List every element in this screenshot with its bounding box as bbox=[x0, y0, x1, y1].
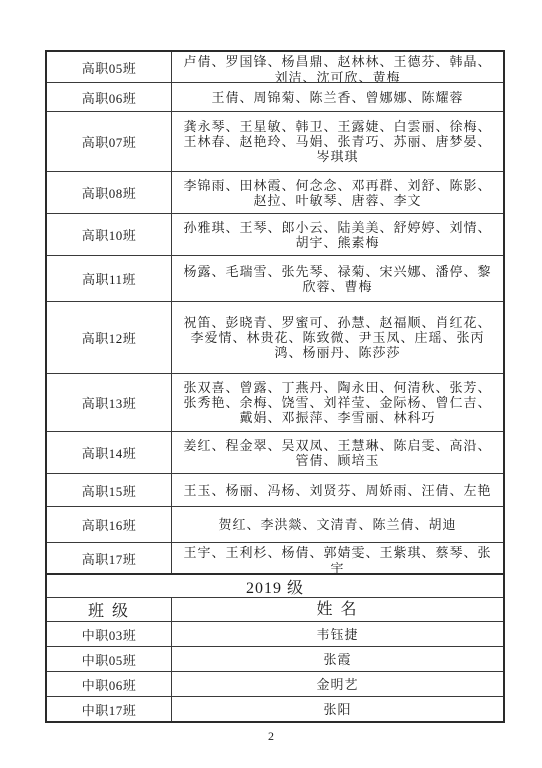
names-cell: 姜红、程金翠、吴双凤、王慧琳、陈启雯、高沿、管倩、顾培玉 bbox=[172, 432, 503, 473]
names-cell: 杨露、毛瑞雪、张先琴、禄菊、宋兴娜、潘停、黎欣蓉、曹梅 bbox=[172, 256, 503, 301]
class-cell: 高职07班 bbox=[47, 112, 172, 171]
names-cell: 张双喜、曾露、丁燕丹、陶永田、何清秋、张芳、张秀艳、余梅、饶雪、刘祥莹、金际杨、… bbox=[172, 374, 503, 431]
table-row: 高职14班 姜红、程金翠、吴双凤、王慧琳、陈启雯、高沿、管倩、顾培玉 bbox=[47, 431, 503, 473]
student-roster-table: 高职05班 卢倩、罗国锋、杨昌鼎、赵林林、王德芬、韩晶、刘洁、沈可欣、黄梅 高职… bbox=[45, 50, 505, 723]
names-cell: 祝笛、彭晓青、罗蜜可、孙慧、赵福顺、肖红花、李爱情、林贵花、陈致微、尹玉凤、庄瑶… bbox=[172, 302, 503, 373]
names-cell: 王倩、周锦菊、陈兰香、曾娜娜、陈耀蓉 bbox=[172, 83, 503, 111]
class-cell: 高职11班 bbox=[47, 256, 172, 301]
table-row: 高职12班 祝笛、彭晓青、罗蜜可、孙慧、赵福顺、肖红花、李爱情、林贵花、陈致微、… bbox=[47, 301, 503, 373]
table-row: 中职03班 韦钰捷 bbox=[47, 621, 503, 646]
table-row: 高职10班 孙雅琪、王琴、郎小云、陆美美、舒婷婷、刘情、胡宇、熊素梅 bbox=[47, 213, 503, 255]
column-header-class: 班 级 bbox=[47, 598, 172, 621]
table-row: 高职06班 王倩、周锦菊、陈兰香、曾娜娜、陈耀蓉 bbox=[47, 82, 503, 111]
names-cell: 王玉、杨丽、冯杨、刘贤芬、周娇雨、汪倩、左艳 bbox=[172, 474, 503, 506]
class-cell: 高职06班 bbox=[47, 83, 172, 111]
class-cell: 中职03班 bbox=[47, 622, 172, 646]
column-header-name: 姓 名 bbox=[172, 598, 503, 621]
grade-2019-title-row: 2019 级 bbox=[47, 573, 503, 597]
table-row: 高职08班 李锦雨、田林霞、何念念、邓再群、刘舒、陈影、赵拉、叶敏琴、唐蓉、李文 bbox=[47, 171, 503, 213]
table-row: 高职13班 张双喜、曾露、丁燕丹、陶永田、何清秋、张芳、张秀艳、余梅、饶雪、刘祥… bbox=[47, 373, 503, 431]
table-row: 中职05班 张霞 bbox=[47, 646, 503, 671]
names-cell: 龚永琴、王星敏、韩卫、王露婕、白雲丽、徐梅、王林春、赵艳玲、马娟、张青巧、苏丽、… bbox=[172, 112, 503, 171]
class-cell: 高职14班 bbox=[47, 432, 172, 473]
class-cell: 高职10班 bbox=[47, 214, 172, 255]
table-row: 高职17班 王宇、王利杉、杨倩、郭婧雯、王紫琪、蔡琴、张宇 bbox=[47, 542, 503, 573]
names-cell: 金明艺 bbox=[172, 672, 503, 696]
table-row: 高职11班 杨露、毛瑞雪、张先琴、禄菊、宋兴娜、潘停、黎欣蓉、曹梅 bbox=[47, 255, 503, 301]
table-row: 高职15班 王玉、杨丽、冯杨、刘贤芬、周娇雨、汪倩、左艳 bbox=[47, 473, 503, 506]
names-cell: 王宇、王利杉、杨倩、郭婧雯、王紫琪、蔡琴、张宇 bbox=[172, 543, 503, 573]
names-cell: 贺红、李洪燚、文清青、陈兰倩、胡迪 bbox=[172, 507, 503, 542]
table-row: 中职17班 张阳 bbox=[47, 696, 503, 721]
names-cell: 张阳 bbox=[172, 697, 503, 721]
table-row: 中职06班 金明艺 bbox=[47, 671, 503, 696]
class-cell: 中职05班 bbox=[47, 647, 172, 671]
names-cell: 卢倩、罗国锋、杨昌鼎、赵林林、王德芬、韩晶、刘洁、沈可欣、黄梅 bbox=[172, 52, 503, 82]
class-cell: 高职13班 bbox=[47, 374, 172, 431]
table-row: 高职16班 贺红、李洪燚、文清青、陈兰倩、胡迪 bbox=[47, 506, 503, 542]
column-header-row: 班 级 姓 名 bbox=[47, 597, 503, 621]
class-cell: 高职17班 bbox=[47, 543, 172, 573]
class-cell: 高职15班 bbox=[47, 474, 172, 506]
class-cell: 中职06班 bbox=[47, 672, 172, 696]
class-cell: 高职12班 bbox=[47, 302, 172, 373]
class-cell: 高职16班 bbox=[47, 507, 172, 542]
table-row: 高职07班 龚永琴、王星敏、韩卫、王露婕、白雲丽、徐梅、王林春、赵艳玲、马娟、张… bbox=[47, 111, 503, 171]
names-cell: 韦钰捷 bbox=[172, 622, 503, 646]
names-cell: 李锦雨、田林霞、何念念、邓再群、刘舒、陈影、赵拉、叶敏琴、唐蓉、李文 bbox=[172, 172, 503, 213]
class-cell: 高职05班 bbox=[47, 52, 172, 82]
names-cell: 孙雅琪、王琴、郎小云、陆美美、舒婷婷、刘情、胡宇、熊素梅 bbox=[172, 214, 503, 255]
class-cell: 高职08班 bbox=[47, 172, 172, 213]
page-number: 2 bbox=[0, 729, 542, 744]
table-row: 高职05班 卢倩、罗国锋、杨昌鼎、赵林林、王德芬、韩晶、刘洁、沈可欣、黄梅 bbox=[47, 52, 503, 82]
grade-title: 2019 级 bbox=[47, 575, 503, 598]
class-cell: 中职17班 bbox=[47, 697, 172, 721]
names-cell: 张霞 bbox=[172, 647, 503, 671]
